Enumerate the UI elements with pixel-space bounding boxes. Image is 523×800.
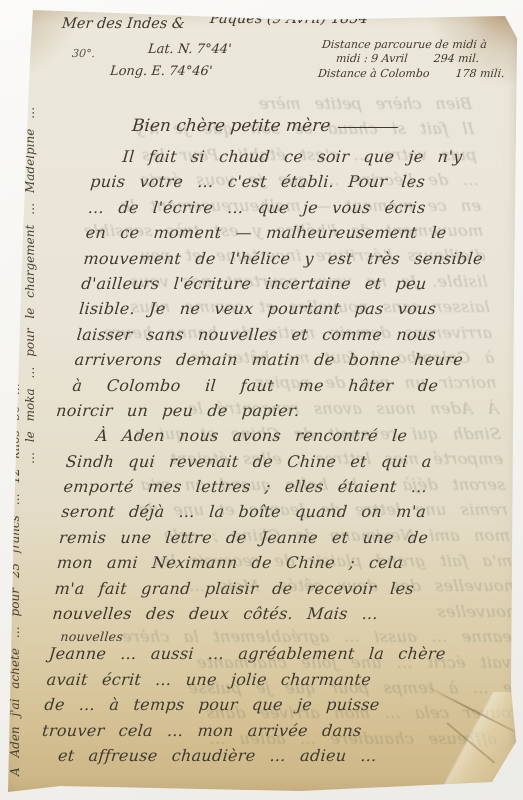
handwritten-line: de … à temps pour que je puisse bbox=[43, 695, 485, 720]
handwritten-line: nouvelles des deux côtés. Mais … bbox=[51, 604, 493, 629]
handwritten-line: emporté mes lettres ; elles étaient … bbox=[62, 477, 504, 502]
handwritten-line: lisible. Je ne veux pourtant pas vous bbox=[78, 299, 520, 324]
letter-paper: Bien chère petite mère Il fait si chaud … bbox=[0, 0, 523, 800]
header-longitude: Long. E. 74°46' bbox=[109, 64, 213, 79]
header-small-note: 30°. bbox=[71, 47, 95, 60]
handwritten-line: arriverons demain matin de bonne heure bbox=[73, 350, 515, 375]
letter-body: Il fait si chaud ce soir que je n'ypuis … bbox=[39, 147, 523, 771]
header-latitude: Lat. N. 7°44' bbox=[147, 42, 232, 57]
margin-note-line: … le moka … pour le chargement … Madelpi… bbox=[23, 14, 38, 794]
handwritten-line: noircir un peu de papier. bbox=[55, 401, 511, 426]
header-distance-row-2: Distance à Colombo 178 mili. bbox=[317, 67, 505, 80]
letter-salutation: Bien chère petite mère bbox=[131, 116, 399, 136]
header-location: Mer des Indes & bbox=[61, 16, 185, 32]
handwritten-line: à Colombo il faut me hâter de bbox=[71, 376, 513, 401]
handwritten-line: nouvelles bbox=[60, 629, 491, 644]
header-distance-row-1: midi : 9 Avril 294 mil. bbox=[335, 52, 479, 65]
handwritten-line: en ce moment — malheureusement le bbox=[84, 223, 523, 248]
handwritten-line: m'a fait grand plaisir de recevoir les bbox=[53, 579, 495, 604]
handwritten-line: puis votre … c'est établi. Pour les bbox=[89, 172, 523, 197]
handwritten-line: mouvement de l'hélice y est très sensibl… bbox=[82, 249, 523, 274]
handwritten-line: trouver cela … mon arrivée dans bbox=[41, 721, 483, 746]
header-distance-value-2: 178 mili. bbox=[455, 67, 505, 80]
handwritten-line: … de l'écrire … que je vous écris bbox=[87, 198, 523, 223]
header-distance-date: midi : 9 Avril bbox=[335, 52, 408, 65]
handwritten-line: d'ailleurs l'écriture incertaine et peu bbox=[80, 274, 522, 299]
photo-backdrop: Bien chère petite mère Il fait si chaud … bbox=[0, 0, 523, 800]
handwritten-line: laisser sans nouvelles et comme nous bbox=[76, 325, 518, 350]
header-date: Pâques (9 Avril) 1854 bbox=[209, 11, 368, 27]
handwritten-line: avait écrit … une jolie charmante bbox=[45, 670, 487, 695]
handwritten-line: mon ami Neximann de Chine ; cela bbox=[56, 553, 498, 578]
handwritten-line: seront déjà … la boîte quand on m'a bbox=[60, 502, 502, 527]
handwritten-line: À Aden nous avons rencontré le bbox=[95, 426, 509, 451]
header-distance-to-colombo: Distance à Colombo bbox=[317, 67, 430, 80]
handwritten-line: et affreuse chaudière … adieu … bbox=[57, 746, 481, 771]
header-distance-caption: Distance parcourue de midi à bbox=[321, 38, 487, 51]
handwritten-line: Il fait si chaud ce soir que je n'y bbox=[121, 147, 523, 172]
header-distance-value-1: 294 mil. bbox=[433, 52, 480, 65]
handwritten-line: Jeanne … aussi … agréablement la chère bbox=[48, 644, 490, 669]
margin-note-line: A Aden j'ai acheté … pour 25 francs … 12… bbox=[8, 14, 23, 794]
handwritten-line: remis une lettre de Jeanne et une de bbox=[58, 528, 500, 553]
handwritten-line: Sindh qui revenait de Chine et qui a bbox=[64, 452, 506, 477]
margin-note: A Aden j'ai acheté … pour 25 francs … 12… bbox=[8, 14, 38, 794]
